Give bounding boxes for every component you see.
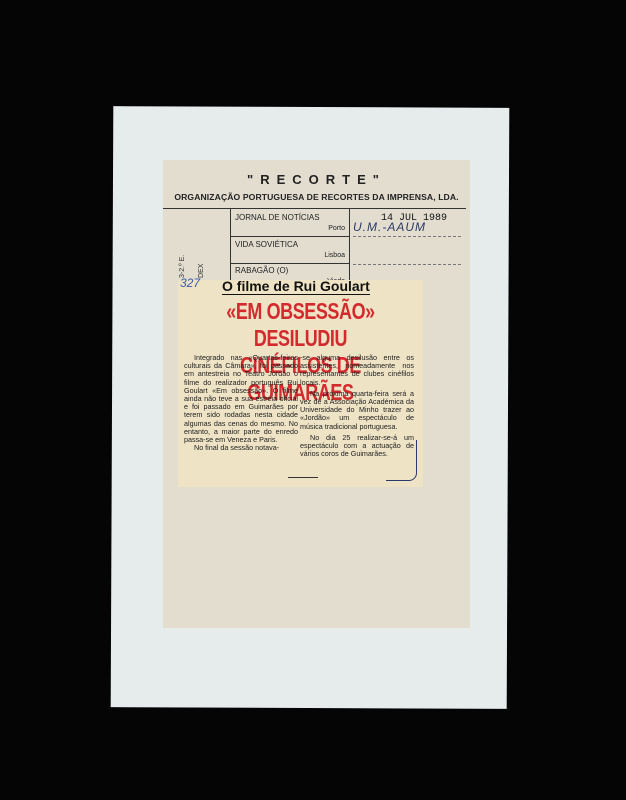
divider [353, 264, 461, 265]
brand-title: "RECORTE" [163, 172, 470, 187]
article-column-1: Integrado nas «Quartas-feiras culturais … [184, 354, 298, 452]
paragraph: No final da sessão notava- [184, 444, 298, 452]
pen-mark [386, 440, 417, 481]
divider [230, 208, 231, 288]
source-city: Lisboa [324, 252, 345, 259]
divider [163, 208, 466, 209]
paragraph: Integrado nas «Quartas-feiras culturais … [184, 354, 298, 444]
side-label: 3-2.º E. [179, 255, 186, 278]
divider [288, 477, 318, 478]
divider [230, 236, 349, 237]
source-name: RABAGÃO (O) [235, 266, 288, 275]
handwritten-number: 327 [180, 276, 200, 290]
kicker: O filme de Rui Goulart [222, 278, 370, 295]
handwritten-note: U.M.-AAUM [353, 220, 426, 234]
source-name: JORNAL DE NOTÍCIAS [235, 213, 320, 222]
source-entry: VIDA SOVIÉTICA Lisboa [235, 240, 345, 262]
headline-line: «EM OBSESSÃO» DESILUDIU [205, 298, 396, 352]
divider [230, 263, 349, 264]
paragraph: Na próxima quarta-feira será a vez de a … [300, 390, 414, 431]
paragraph: -se alguma desilusão entre os assistente… [300, 354, 414, 387]
source-city: Porto [328, 225, 345, 232]
newspaper-clipping: 327 O filme de Rui Goulart «EM OBSESSÃO»… [178, 280, 423, 487]
source-entry: JORNAL DE NOTÍCIAS Porto [235, 213, 345, 235]
source-name: VIDA SOVIÉTICA [235, 240, 298, 249]
company-name: ORGANIZAÇÃO PORTUGUESA DE RECORTES DA IM… [163, 192, 470, 202]
divider [353, 236, 461, 237]
